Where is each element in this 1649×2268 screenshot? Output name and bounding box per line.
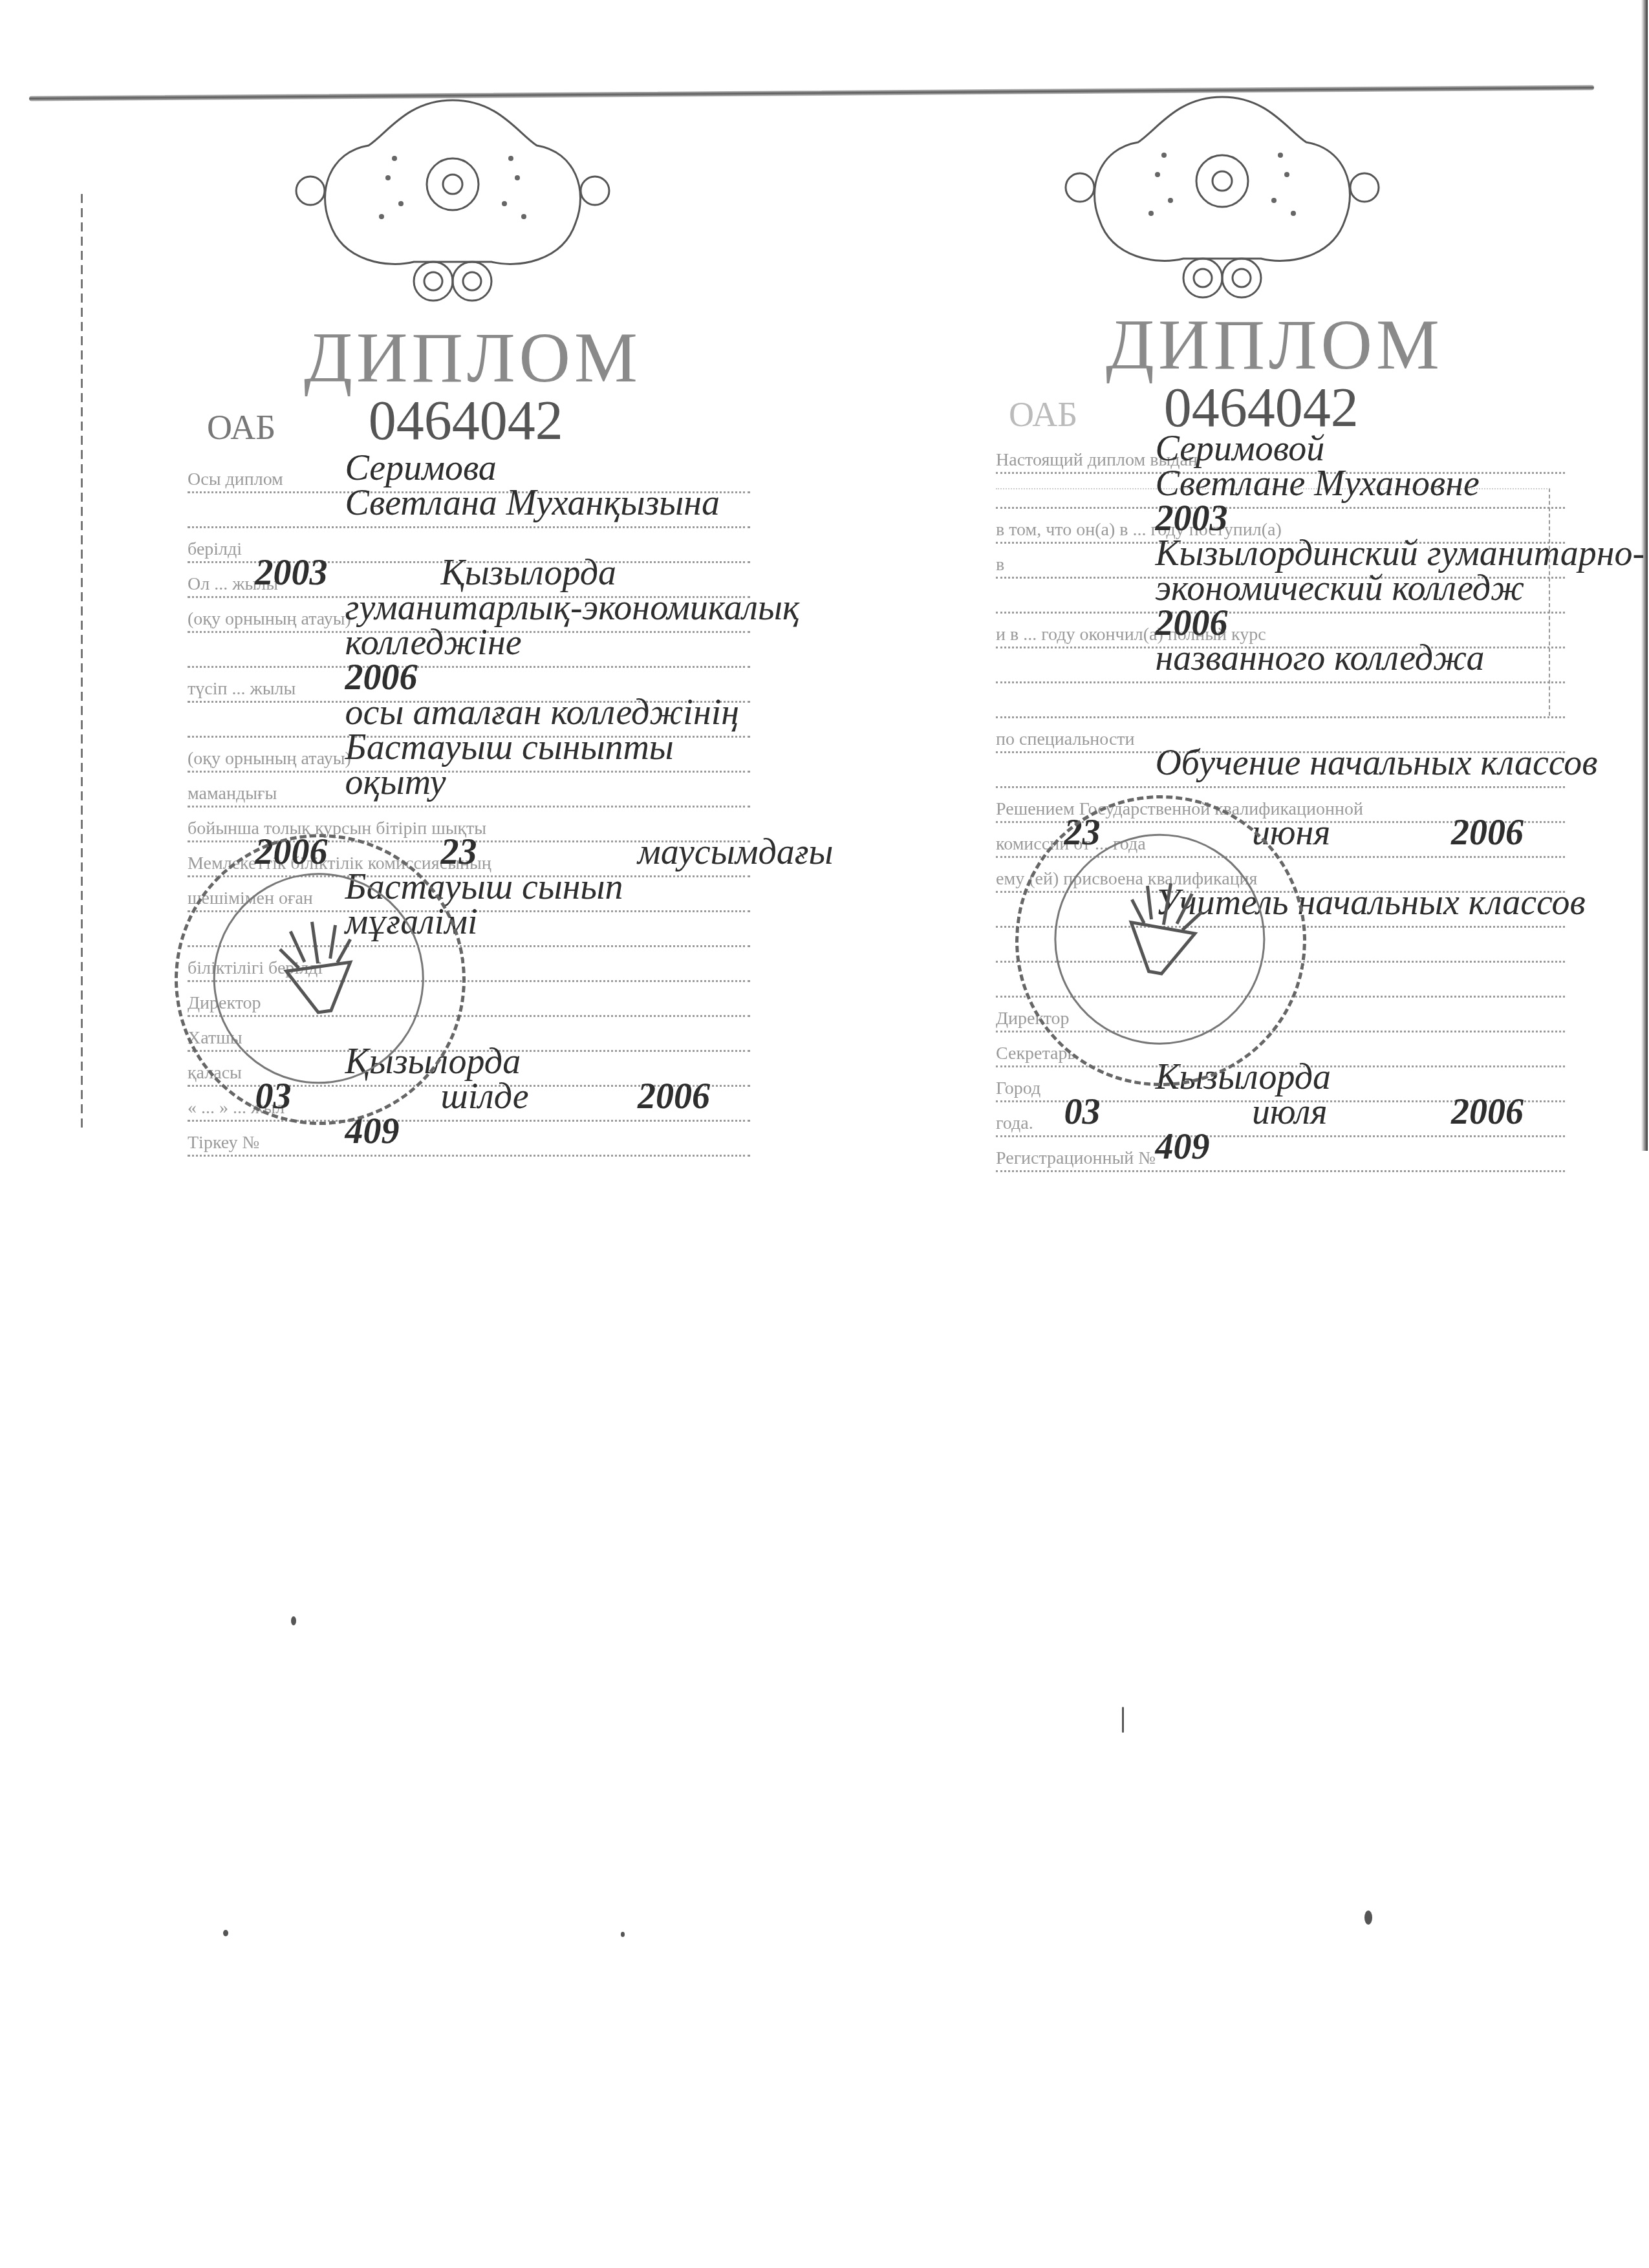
handwritten-entry: Обучение начальных классов: [1155, 742, 1597, 784]
left-serial: ОАБ 0464042: [207, 388, 563, 453]
handwritten-entry: июля: [1252, 1091, 1328, 1133]
handwritten-entry: 03: [1064, 1091, 1101, 1133]
handwritten-entry: названного колледжа: [1155, 637, 1484, 679]
left-series: ОАБ: [207, 408, 275, 447]
scan-scratch: [1122, 1707, 1124, 1733]
right-page-title: ДИПЛОМ: [1106, 304, 1443, 386]
scan-speck: [621, 1932, 625, 1937]
right-series: ОАБ: [1009, 395, 1077, 434]
printed-label: Тіркеу №: [188, 1133, 259, 1153]
left-page-title: ДИПЛОМ: [304, 317, 641, 399]
seal-emblem-icon: [1110, 869, 1217, 987]
scan-right-edge: [1641, 0, 1648, 1151]
printed-label: Регистрационный №: [996, 1148, 1156, 1169]
scan-speck: [1364, 1910, 1372, 1925]
handwritten-entry: маусымдағы: [638, 831, 833, 873]
ornament-emblem-left: [291, 94, 614, 326]
ornament-emblem-right: [1061, 91, 1384, 323]
handwritten-entry: 2003: [255, 552, 327, 594]
handwritten-entry: оқыту: [345, 762, 446, 803]
handwritten-entry: Светлана Муханқызына: [345, 482, 720, 524]
handwritten-entry: 409: [1155, 1126, 1209, 1168]
form-line: Тіркеу №409: [188, 1116, 750, 1157]
left-number: 0464042: [369, 389, 563, 451]
scan-speck: [223, 1930, 228, 1936]
handwritten-entry: 2006: [1451, 1091, 1524, 1133]
handwritten-entry: шілде: [441, 1076, 529, 1117]
handwritten-entry: 2006: [638, 1076, 710, 1117]
seal-emblem-icon: [266, 909, 371, 1024]
handwritten-entry: 2006: [1451, 812, 1524, 853]
left-page-border: [81, 194, 83, 1131]
scan-speck: [291, 1616, 296, 1625]
form-line: Регистрационный №409: [996, 1131, 1565, 1172]
